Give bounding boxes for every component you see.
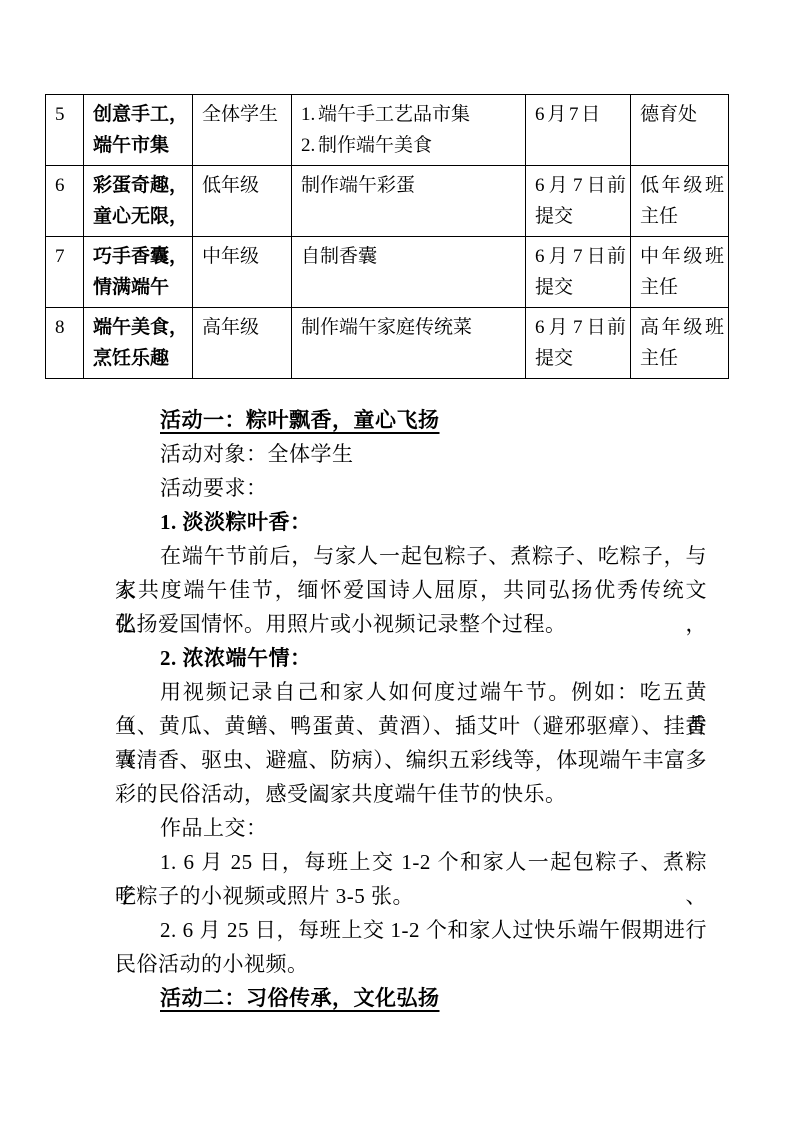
cell-line: 低年级班: [640, 170, 724, 201]
cell-target-group: 低年级: [193, 166, 292, 237]
heading-text: 活动一：粽叶飘香，童心飞扬: [160, 408, 440, 432]
cell-line: 制作端午家庭传统菜: [301, 312, 521, 343]
cell-activity-content: 制作端午家庭传统菜: [292, 308, 526, 379]
cell-line: 6 月 7 日: [535, 99, 626, 130]
cell-number: 8: [46, 308, 84, 379]
cell-date: 6 月 7 日前提交: [526, 308, 631, 379]
cell-activity-name: 创意手工，端午市集: [84, 95, 193, 166]
cell-line: 提交: [535, 343, 626, 374]
cell-line: 自制香囊: [301, 241, 521, 272]
text-line: 民俗活动的小视频。: [115, 947, 707, 981]
cell-line: 提交: [535, 201, 626, 232]
cell-activity-name: 端午美食，烹饪乐趣: [84, 308, 193, 379]
table-row: 7巧手香囊，情满端午中年级自制香囊6 月 7 日前提交中年级班主任: [46, 237, 729, 308]
cell-line: 制作端午彩蛋: [301, 170, 521, 201]
cell-number: 5: [46, 95, 84, 166]
cell-activity-content: 自制香囊: [292, 237, 526, 308]
cell-line: 1. 端午手工艺品市集: [301, 99, 521, 130]
cell-line: 烹饪乐趣: [93, 343, 188, 374]
cell-line: 7: [55, 241, 79, 272]
text-line: 用视频记录自己和家人如何度过端午节。例如：吃五黄（黄: [115, 675, 707, 709]
cell-line: 6 月 7 日前: [535, 241, 626, 272]
cell-organizer: 高年级班主任: [631, 308, 729, 379]
cell-line: 中年级班: [640, 241, 724, 272]
cell-line: 6 月 7 日前: [535, 170, 626, 201]
document-body: 活动一：粽叶飘香，童心飞扬活动对象：全体学生活动要求：1. 淡淡粽叶香：在端午节…: [115, 403, 707, 1015]
text-line: 活动要求：: [115, 471, 707, 505]
cell-activity-name: 彩蛋奇趣，童心无限，: [84, 166, 193, 237]
cell-line: 提交: [535, 272, 626, 303]
text-line: 2. 浓浓端午情：: [115, 641, 707, 675]
cell-date: 6 月 7 日前提交: [526, 237, 631, 308]
cell-activity-name: 巧手香囊，情满端午: [84, 237, 193, 308]
text-line: 1. 淡淡粽叶香：: [115, 505, 707, 539]
cell-target-group: 中年级: [193, 237, 292, 308]
cell-line: 高年级班: [640, 312, 724, 343]
cell-line: 主任: [640, 343, 724, 374]
cell-line: 端午市集: [93, 130, 188, 161]
text-line: 2. 6 月 25 日，每班上交 1-2 个和家人过快乐端午假期进行: [115, 913, 707, 947]
cell-line: 创意手工，: [93, 99, 188, 130]
text-line: 人共度端午佳节，缅怀爱国诗人屈原，共同弘扬优秀传统文化，: [115, 573, 707, 607]
cell-line: 5: [55, 99, 79, 130]
cell-number: 7: [46, 237, 84, 308]
cell-organizer: 德育处: [631, 95, 729, 166]
cell-line: 主任: [640, 272, 724, 303]
cell-activity-content: 制作端午彩蛋: [292, 166, 526, 237]
cell-number: 6: [46, 166, 84, 237]
cell-line: 6 月 7 日前: [535, 312, 626, 343]
cell-organizer: 低年级班主任: [631, 166, 729, 237]
text-line: 活动对象：全体学生: [115, 437, 707, 471]
cell-line: 6: [55, 170, 79, 201]
text-line: 彩的民俗活动，感受阖家共度端午佳节的快乐。: [115, 777, 707, 811]
text-line: （清香、驱虫、避瘟、防病）、编织五彩线等，体现端午丰富多: [115, 743, 707, 777]
cell-target-group: 全体学生: [193, 95, 292, 166]
cell-activity-content: 1. 端午手工艺品市集2. 制作端午美食: [292, 95, 526, 166]
table-row: 5创意手工，端午市集全体学生1. 端午手工艺品市集2. 制作端午美食6 月 7 …: [46, 95, 729, 166]
section-heading: 活动二：习俗传承，文化弘扬: [115, 981, 707, 1015]
activity-table: 5创意手工，端午市集全体学生1. 端午手工艺品市集2. 制作端午美食6 月 7 …: [45, 94, 729, 379]
cell-organizer: 中年级班主任: [631, 237, 729, 308]
cell-line: 情满端午: [93, 272, 188, 303]
cell-date: 6 月 7 日前提交: [526, 166, 631, 237]
cell-line: 德育处: [640, 99, 724, 130]
cell-line: 高年级: [202, 312, 287, 343]
cell-date: 6 月 7 日: [526, 95, 631, 166]
table-row: 6彩蛋奇趣，童心无限，低年级制作端午彩蛋6 月 7 日前提交低年级班主任: [46, 166, 729, 237]
cell-target-group: 高年级: [193, 308, 292, 379]
text-line: 鱼、黄瓜、黄鳝、鸭蛋黄、黄酒）、插艾叶（避邪驱瘴）、挂香囊: [115, 709, 707, 743]
cell-line: 低年级: [202, 170, 287, 201]
heading-text: 活动二：习俗传承，文化弘扬: [160, 986, 440, 1010]
text-line: 在端午节前后，与家人一起包粽子、煮粽子、吃粽子，与家: [115, 539, 707, 573]
cell-line: 2. 制作端午美食: [301, 130, 521, 161]
cell-line: 主任: [640, 201, 724, 232]
activity-table-body: 5创意手工，端午市集全体学生1. 端午手工艺品市集2. 制作端午美食6 月 7 …: [46, 95, 729, 379]
cell-line: 巧手香囊，: [93, 241, 188, 272]
cell-line: 8: [55, 312, 79, 343]
table-row: 8端午美食，烹饪乐趣高年级制作端午家庭传统菜6 月 7 日前提交高年级班主任: [46, 308, 729, 379]
cell-line: 中年级: [202, 241, 287, 272]
cell-line: 端午美食，: [93, 312, 188, 343]
document-page: 5创意手工，端午市集全体学生1. 端午手工艺品市集2. 制作端午美食6 月 7 …: [0, 0, 793, 1122]
text-line: 作品上交：: [115, 811, 707, 845]
cell-line: 全体学生: [202, 99, 287, 130]
text-line: 1. 6 月 25 日，每班上交 1-2 个和家人一起包粽子、煮粽子、: [115, 845, 707, 879]
cell-line: 彩蛋奇趣，: [93, 170, 188, 201]
cell-line: 童心无限，: [93, 201, 188, 232]
section-heading: 活动一：粽叶飘香，童心飞扬: [115, 403, 707, 437]
